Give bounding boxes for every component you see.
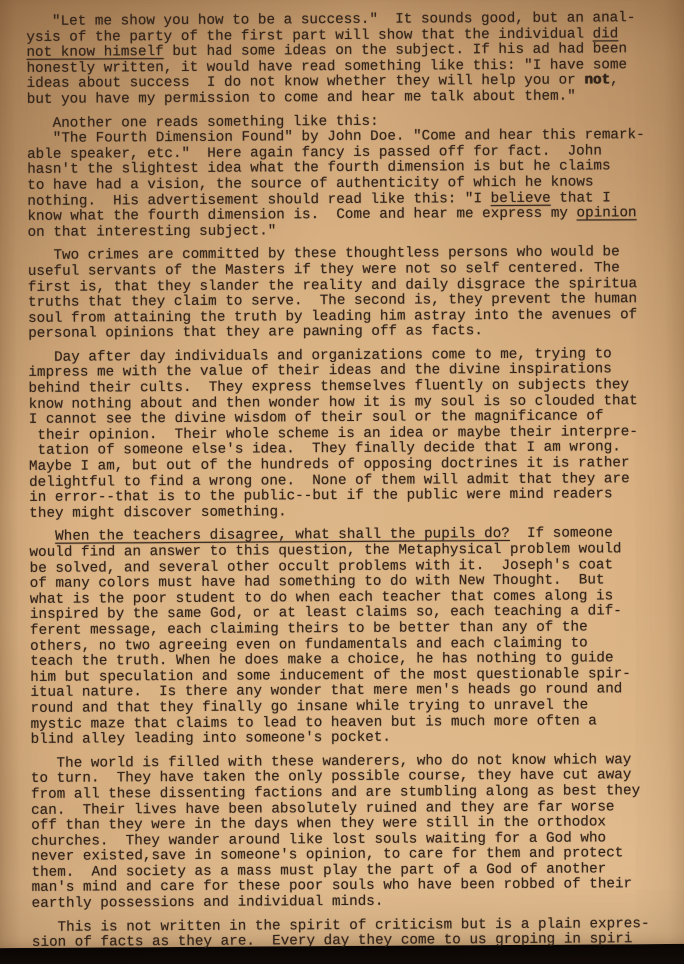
photo-of-document: "Let me show you how to be a success." I… xyxy=(0,0,684,964)
underlined-text: not know himself xyxy=(26,44,163,61)
underlined-text: did xyxy=(593,26,619,42)
text-segment: know what the fourth dimension is. Come … xyxy=(27,206,576,225)
paragraph: Another one reads something like this: "… xyxy=(27,113,675,242)
underlined-text: opinion xyxy=(576,205,636,221)
text-segment: , xyxy=(610,73,619,89)
text-segment: they might discover something. xyxy=(29,504,286,522)
text-line: personal opinions that they are pawning … xyxy=(28,323,675,343)
text-segment: in error--that is to the public--but if … xyxy=(29,487,613,507)
text-line: sion of facts as they are. Every day the… xyxy=(32,932,679,952)
text-segment xyxy=(29,529,55,545)
paragraph: Two crimes are committed by these though… xyxy=(28,245,676,343)
page-text: "Let me show you how to be a success." I… xyxy=(0,0,684,960)
typewritten-paper-sheet: "Let me show you how to be a success." I… xyxy=(0,0,684,948)
text-segment: personal opinions that they are pawning … xyxy=(28,323,483,342)
text-segment: earthly possessions and individual minds… xyxy=(32,894,384,912)
overstruck-text: not xyxy=(584,73,610,89)
text-line: they might discover something. xyxy=(29,503,676,523)
text-segment: on that interesting subject." xyxy=(28,223,277,241)
paragraph: The world is filled with these wanderers… xyxy=(31,753,679,913)
paragraph: Day after day individuals and organizati… xyxy=(28,347,676,522)
text-segment: but you have my permission to come and h… xyxy=(27,89,576,108)
paragraph: "Let me show you how to be a success." I… xyxy=(26,11,674,109)
text-line: on that interesting subject." xyxy=(28,222,675,242)
text-segment: that I xyxy=(551,190,611,206)
text-segment: sion of facts as they are. Every day the… xyxy=(32,931,633,951)
text-line: earthly possessions and individual minds… xyxy=(32,893,679,913)
text-segment: If someone xyxy=(510,526,613,543)
underlined-text: believe xyxy=(491,190,551,206)
text-line: blind alley leading into someone's pocke… xyxy=(31,729,678,749)
paragraph: This is not written in the spirit of cri… xyxy=(32,917,679,952)
text-line: but you have my permission to come and h… xyxy=(27,89,674,109)
text-segment: blind alley leading into someone's pocke… xyxy=(31,730,391,748)
paragraph: When the teachers disagree, what shall t… xyxy=(29,526,677,748)
